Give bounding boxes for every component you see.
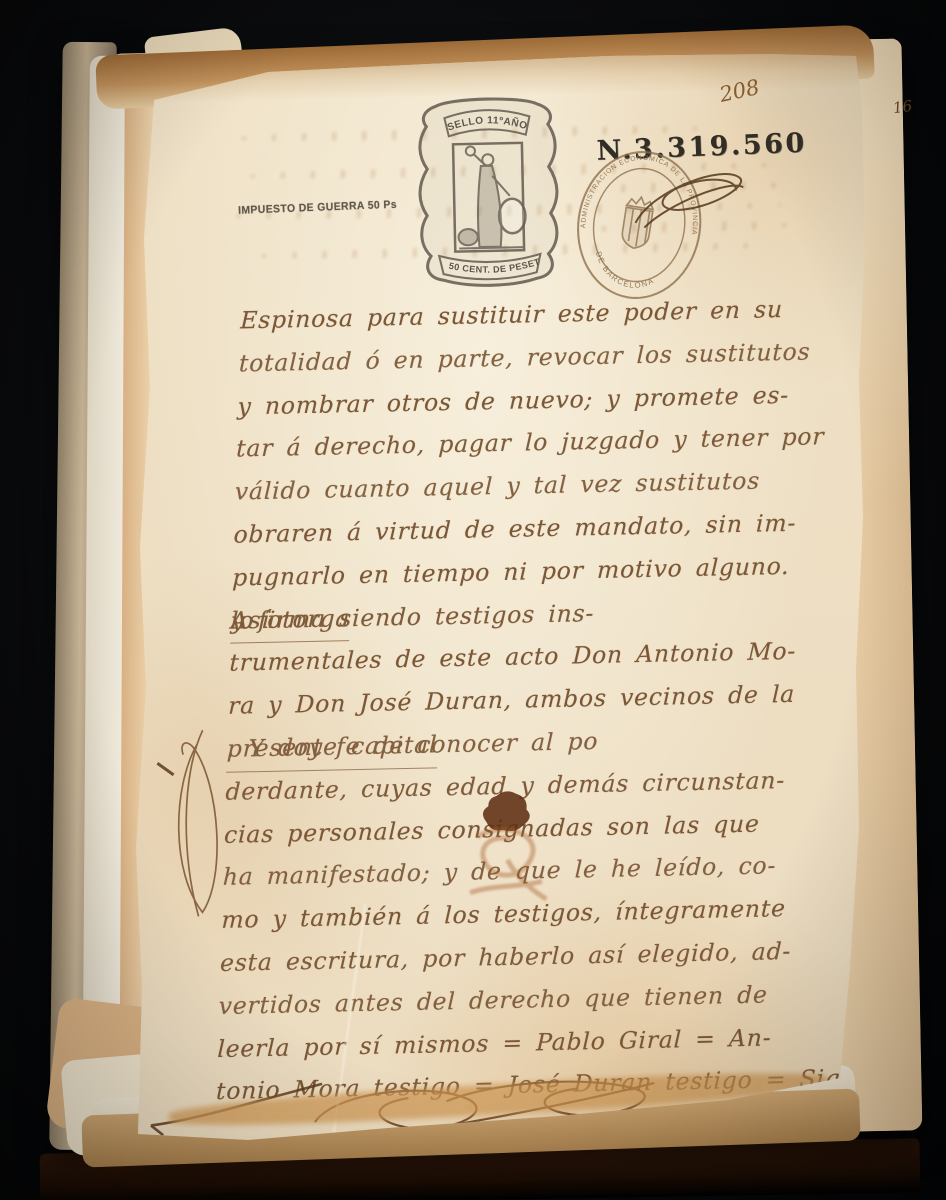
manuscript-text-block: Espinosa para sustituir este poder en su…	[215, 287, 824, 1113]
revenue-stamp: SELLO 11ºAÑO 1874 50 CENT. DE PESETA	[405, 92, 571, 289]
margin-rubric	[139, 725, 247, 923]
photograph-of-notarial-document: 16	[0, 0, 946, 1200]
document-page: SELLO 11ºAÑO 1874 50 CENT. DE PESETA IMP…	[128, 48, 873, 1150]
svg-text:DE BARCELONA: DE BARCELONA	[589, 249, 660, 293]
underlying-page-number: 16	[892, 97, 913, 117]
seal-ring-text-bottom: DE BARCELONA	[589, 249, 660, 293]
ink-blot-rubric	[448, 783, 571, 913]
